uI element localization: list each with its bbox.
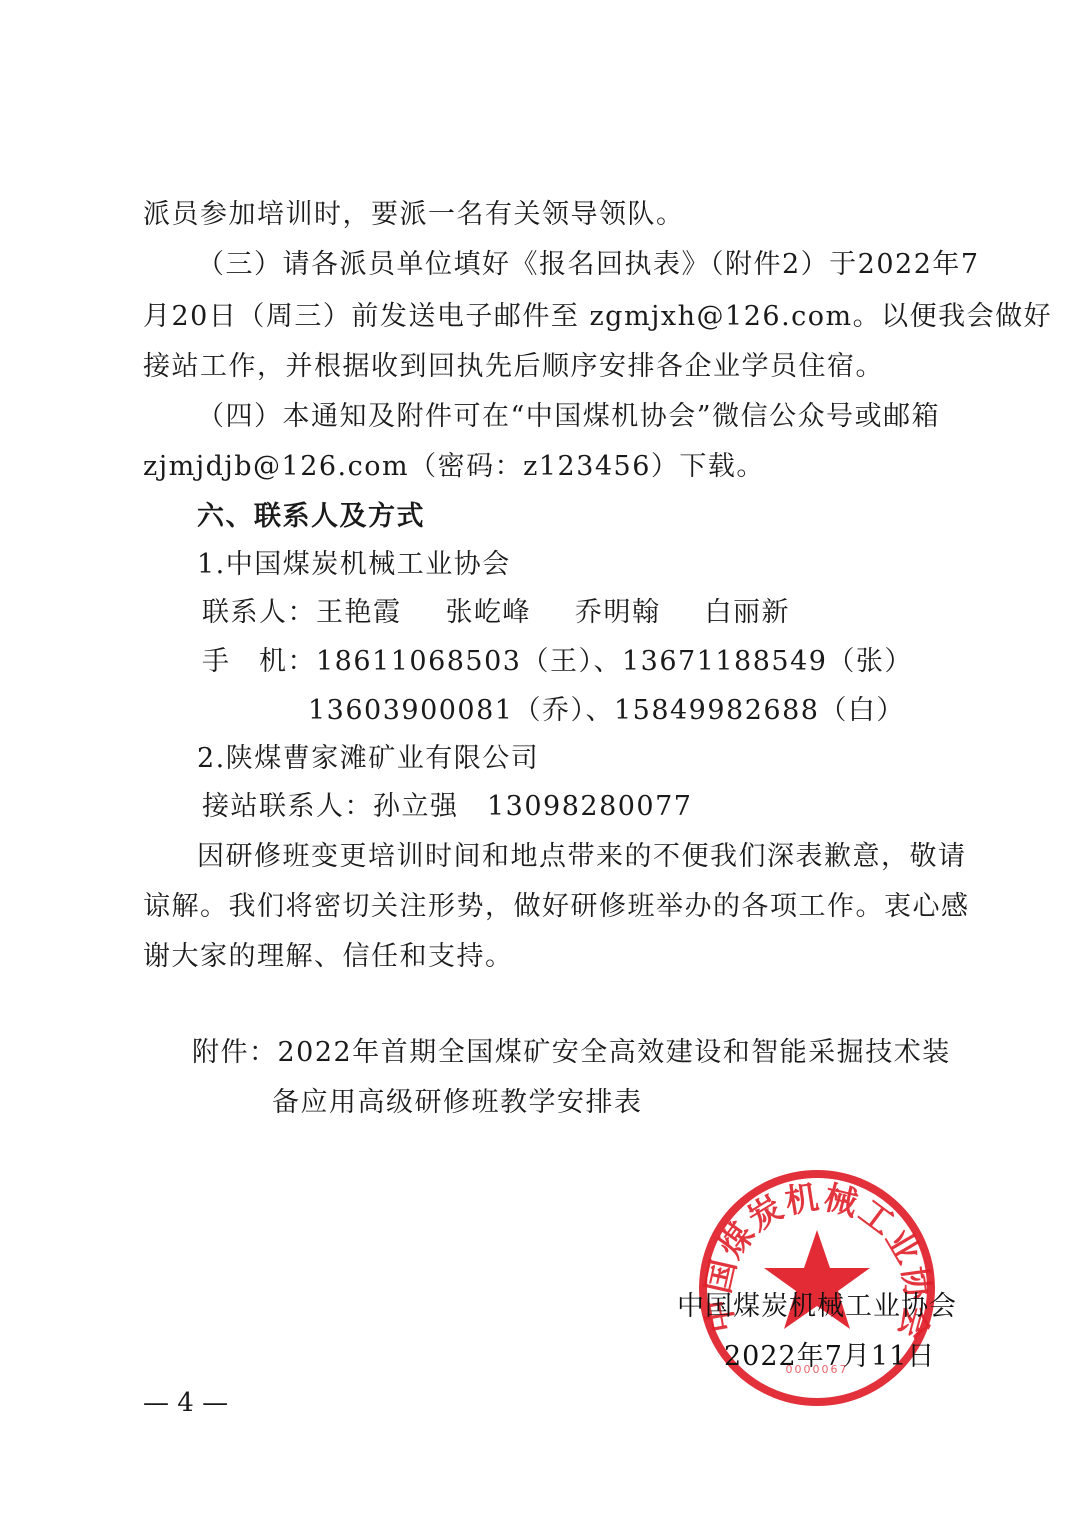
signature-org: 中国煤炭机械工业协会 — [677, 1290, 957, 1324]
contact-name: 白丽新 — [705, 597, 791, 628]
contact-line: 接站联系人：孙立强 13098280077 — [202, 790, 692, 824]
phone-numbers: 13603900081（乔）、15849982688（白） — [308, 694, 905, 728]
closing-line: 谢大家的理解、信任和支持。 — [143, 940, 514, 974]
attachment-line: 附件：2022年首期全国煤矿安全高效建设和智能采掘技术装 — [192, 1036, 951, 1070]
paragraph-line: 接站工作，并根据收到回执先后顺序安排各企业学员住宿。 — [143, 350, 884, 384]
org-name: 2.陕煤曹家滩矿业有限公司 — [197, 742, 539, 776]
org-name: 1.中国煤炭机械工业协会 — [197, 548, 511, 582]
paragraph-line: （三）请各派员单位填好《报名回执表》（附件2）于2022年7 — [197, 248, 980, 282]
contacts-row: 联系人：王艳霞张屹峰乔明翰白丽新 — [202, 596, 790, 630]
paragraph-line: 派员参加培训时，要派一名有关领导领队。 — [143, 198, 685, 232]
paragraph-line: （四）本通知及附件可在“中国煤机协会”微信公众号或邮箱 — [197, 400, 940, 434]
closing-line: 因研修班变更培训时间和地点带来的不便我们深表歉意，敬请 — [197, 840, 967, 874]
attachment-line: 备应用高级研修班教学安排表 — [272, 1086, 643, 1120]
paragraph-line: zjmjdjb@126.com（密码：z123456）下载。 — [143, 450, 765, 484]
signature-date: 2022年7月11日 — [724, 1340, 935, 1374]
closing-line: 谅解。我们将密切关注形势，做好研修班举办的各项工作。衷心感 — [143, 890, 970, 924]
contacts-label: 联系人： — [202, 597, 316, 628]
contact-name: 王艳霞 — [316, 597, 402, 628]
page-number: — 4 — — [143, 1386, 228, 1420]
contact-name: 张屹峰 — [446, 597, 532, 628]
section-heading: 六、联系人及方式 — [197, 500, 425, 534]
contact-name: 乔明翰 — [575, 597, 661, 628]
phone-label: 手 机： — [202, 646, 316, 677]
phones-row: 手 机：18611068503（王）、13671188549（张） — [202, 645, 913, 679]
phone-numbers: 18611068503（王）、13671188549（张） — [316, 646, 913, 677]
paragraph-line: 月20日（周三）前发送电子邮件至 zgmjxh@126.com。以便我会做好 — [143, 300, 1052, 334]
